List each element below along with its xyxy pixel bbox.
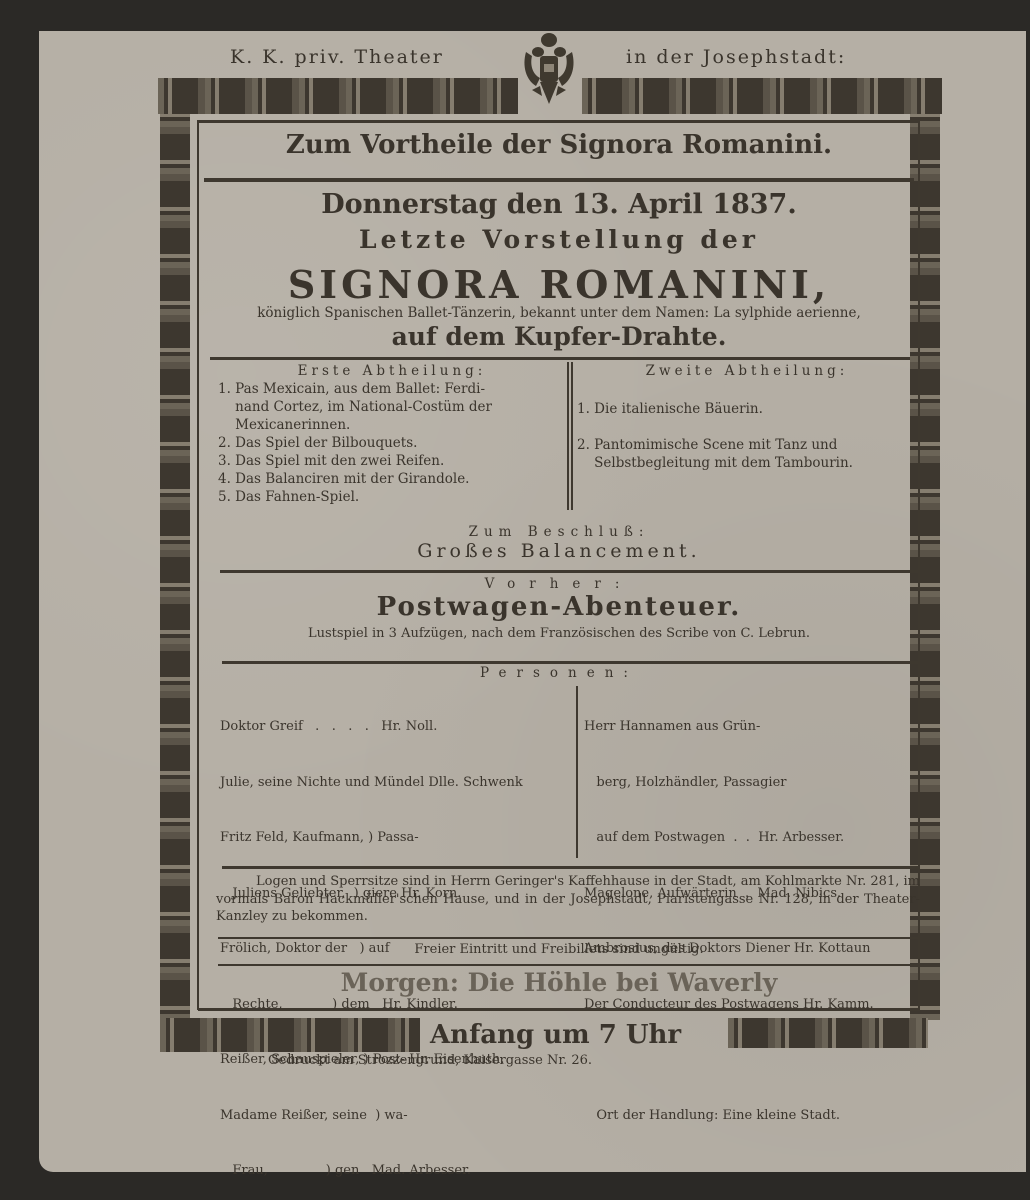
performer-name: SIGNORA ROMANINI, (198, 262, 920, 307)
cast-row: Frau, ) gen Mad. Arbesser. (220, 1162, 523, 1181)
cast-row: Herr Hannamen aus Grün- (584, 718, 874, 737)
part-one: Erste Abtheilung: 1. Pas Mexicain, aus d… (218, 362, 566, 506)
divider (204, 178, 914, 182)
tomorrow-announcement: Morgen: Die Höhle bei Waverly (198, 968, 920, 997)
theater-location: in der Josephstadt: (626, 46, 846, 68)
list-item: 1. Pas Mexicain, aus dem Ballet: Ferdi- (218, 380, 566, 398)
cast-row: Ort der Handlung: Eine kleine Stadt. (584, 1107, 874, 1126)
divider (222, 866, 918, 869)
cast-row: Fritz Feld, Kaufmann, ) Passa- (220, 829, 523, 848)
frame-top-rule (198, 120, 920, 123)
list-item: 4. Das Balanciren mit der Girandole. (218, 470, 566, 488)
finale-title: Großes Balancement. (198, 540, 920, 562)
performance-subtitle: Letzte Vorstellung der (198, 225, 920, 254)
divider (210, 357, 910, 360)
cast-row: Der Conducteur des Postwagens Hr. Kamm. (584, 996, 874, 1015)
performance-date: Donnerstag den 13. April 1837. (198, 189, 920, 220)
cast-list-left: Doktor Greif . . . . Hr. Noll. Julie, se… (220, 681, 523, 1199)
finale-label: Zum Beschluß: (198, 524, 920, 540)
list-item: 2. Pantomimische Scene mit Tanz und (577, 436, 917, 454)
cast-row: berg, Holzhändler, Passagier (584, 774, 874, 793)
printer-imprint: Gedruckt am Strozzengrund, Kaisergasse N… (268, 1053, 592, 1068)
play-subtitle: Lustspiel in 3 Aufzügen, nach dem Franzö… (198, 626, 920, 641)
cast-row: Doktor Greif . . . . Hr. Noll. (220, 718, 523, 737)
top-ornament-band-left (158, 78, 518, 114)
ticket-notice: Logen und Sperrsitze sind in Herrn Gerin… (216, 873, 920, 926)
list-item: 1. Die italienische Bäuerin. (577, 400, 917, 418)
list-item: 2. Das Spiel der Bilbouquets. (218, 434, 566, 452)
divider (218, 937, 918, 939)
cast-row: Rechte, ) dem Hr. Kindler. (220, 996, 523, 1015)
cast-row (584, 1051, 874, 1070)
theater-name: K. K. priv. Theater (230, 46, 444, 68)
column-divider (567, 362, 569, 510)
divider (222, 661, 918, 664)
double-headed-eagle-icon (518, 30, 580, 114)
list-item: Mexicanerinnen. (218, 416, 566, 434)
act-title: auf dem Kupfer-Drahte. (198, 322, 920, 351)
column-divider (571, 362, 573, 510)
part-one-heading: Erste Abtheilung: (218, 362, 566, 380)
free-entry-notice: Freier Eintritt und Freibillets sind ung… (198, 942, 920, 957)
top-ornament-band-right (582, 78, 942, 114)
start-time: Anfang um 7 Uhr (430, 1020, 681, 1050)
before-label: Vorher: (198, 576, 920, 592)
list-item: 5. Das Fahnen-Spiel. (218, 488, 566, 506)
list-item: Selbstbegleitung mit dem Tambourin. (577, 454, 917, 472)
performer-description: königlich Spanischen Ballet-Tänzerin, be… (198, 305, 920, 321)
cast-row: Julie, seine Nichte und Mündel Dlle. Sch… (220, 774, 523, 793)
list-item: 3. Das Spiel mit den zwei Reifen. (218, 452, 566, 470)
column-divider (576, 686, 578, 858)
list-item: nand Cortez, im National-Costüm der (218, 398, 566, 416)
divider (218, 964, 918, 966)
divider (220, 570, 920, 573)
cast-row: auf dem Postwagen . . Hr. Arbesser. (584, 829, 874, 848)
play-title: Postwagen-Abenteuer. (198, 592, 920, 622)
part-two-heading: Zweite Abtheilung: (577, 362, 917, 380)
benefit-heading: Zum Vortheile der Signora Romanini. (198, 130, 920, 160)
cast-row: Madame Reißer, seine ) wa- (220, 1107, 523, 1126)
left-ornament-band (160, 114, 190, 1020)
cast-heading: Personen: (198, 665, 920, 681)
part-two: Zweite Abtheilung: 1. Die italienische B… (577, 362, 917, 472)
